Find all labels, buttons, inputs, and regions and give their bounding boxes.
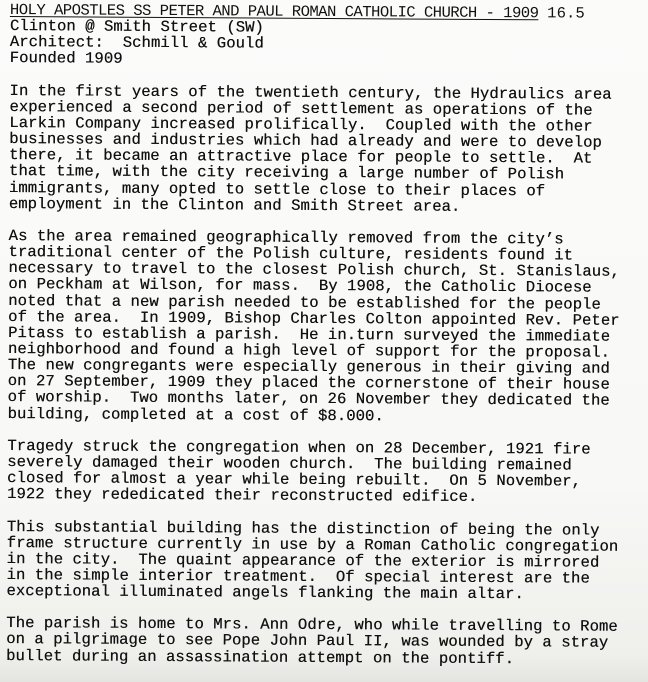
page-number: 16.5: [547, 4, 585, 22]
header-block: Clinton @ Smith Street (SW) Architect: S…: [10, 18, 648, 70]
paragraph-settlement: In the first years of the twentieth cent…: [9, 83, 648, 216]
paragraph-founding: As the area remained geographically remo…: [7, 228, 646, 426]
document-page: HOLY APOSTLES SS PETER AND PAUL ROMAN CA…: [0, 0, 648, 668]
founded-line: Founded 1909: [10, 50, 648, 70]
text-line: employment in the Clinton and Smith Stre…: [9, 196, 647, 216]
paragraph-fire: Tragedy struck the congregation when on …: [7, 438, 645, 506]
paragraph-parishioner: The parish is home to Mrs. Ann Odre, who…: [6, 615, 644, 667]
paragraph-building: This substantial building has the distin…: [6, 519, 644, 604]
